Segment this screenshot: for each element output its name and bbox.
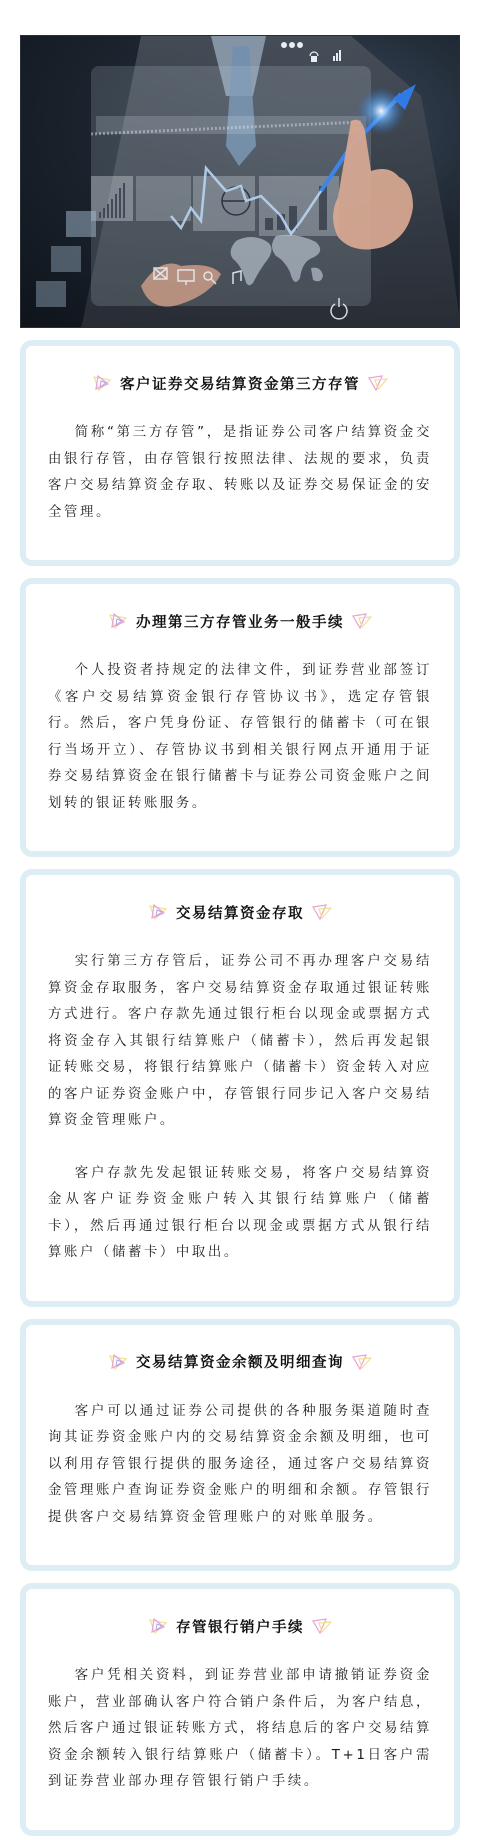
hero-illustration xyxy=(21,36,460,328)
section-paragraph: 客户可以通过证券公司提供的各种服务渠道随时查询其证券资金账户内的交易结算资金余额… xyxy=(48,1399,432,1532)
section-title-text: 交易结算资金存取 xyxy=(176,902,304,923)
section-title: 存管银行销户手续 xyxy=(48,1615,432,1637)
decorative-triangle-left-icon xyxy=(108,1353,128,1371)
hero-image xyxy=(20,35,460,328)
section-card-balance-inquiry: 交易结算资金余额及明细查询 客户可以通过证券公司提供的各种服务渠道随时查询其证券… xyxy=(20,1319,460,1572)
decorative-triangle-right-icon xyxy=(368,374,388,392)
section-title-text: 客户证券交易结算资金第三方存管 xyxy=(120,373,360,394)
section-paragraph: 实行第三方存管后，证券公司不再办理客户交易结算资金存取服务，客户交易结算资金存取… xyxy=(48,949,432,1135)
section-title-text: 存管银行销户手续 xyxy=(176,1616,304,1637)
section-card-account-closure: 存管银行销户手续 客户凭相关资料，到证券营业部申请撤销证券资金账户，营业部确认客… xyxy=(20,1583,460,1836)
section-title: 客户证券交易结算资金第三方存管 xyxy=(48,372,432,394)
section-title-text: 交易结算资金余额及明细查询 xyxy=(136,1351,344,1372)
decorative-triangle-right-icon xyxy=(352,612,372,630)
decorative-triangle-left-icon xyxy=(148,1617,168,1635)
decorative-triangle-left-icon xyxy=(148,903,168,921)
lock-icon xyxy=(311,56,317,62)
decorative-triangle-right-icon xyxy=(312,903,332,921)
decorative-triangle-left-icon xyxy=(92,374,112,392)
section-card-general-procedures: 办理第三方存管业务一般手续 个人投资者持规定的法律文件，到证券营业部签订《客户交… xyxy=(20,578,460,857)
section-paragraph: 简称“第三方存管”，是指证券公司客户结算资金交由银行存管，由存管银行按照法律、法… xyxy=(48,420,432,526)
section-paragraph: 个人投资者持规定的法律文件，到证券营业部签订《客户交易结算资金银行存管协议书》，… xyxy=(48,658,432,817)
section-card-third-party-custody: 客户证券交易结算资金第三方存管 简称“第三方存管”，是指证券公司客户结算资金交由… xyxy=(20,340,460,566)
more-dots-icon xyxy=(281,42,303,48)
section-card-deposit-withdrawal: 交易结算资金存取 实行第三方存管后，证券公司不再办理客户交易结算资金存取服务，客… xyxy=(20,869,460,1307)
decorative-triangle-right-icon xyxy=(352,1353,372,1371)
decorative-triangle-right-icon xyxy=(312,1617,332,1635)
section-title: 交易结算资金余额及明细查询 xyxy=(48,1351,432,1373)
section-title: 办理第三方存管业务一般手续 xyxy=(48,610,432,632)
section-paragraph: 客户存款先发起银证转账交易，将客户交易结算资金从客户证券资金账户转入其银行结算账… xyxy=(48,1161,432,1267)
section-title-text: 办理第三方存管业务一般手续 xyxy=(136,611,344,632)
section-title: 交易结算资金存取 xyxy=(48,901,432,923)
decorative-triangle-left-icon xyxy=(108,612,128,630)
section-paragraph: 客户凭相关资料，到证券营业部申请撤销证券资金账户，营业部确认客户符合销户条件后，… xyxy=(48,1663,432,1796)
